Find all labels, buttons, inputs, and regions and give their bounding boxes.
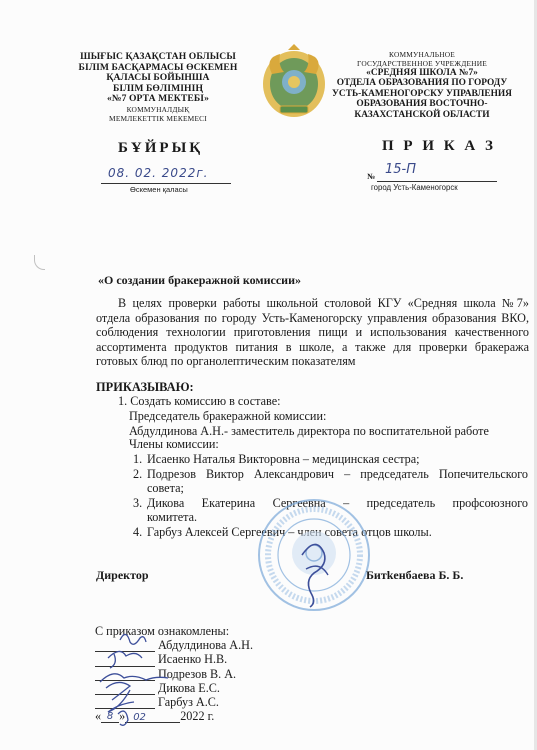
order-subject: «О создании бракеражной комиссии»	[98, 273, 301, 288]
header-ru-line: КАЗАХСТАНСКОЙ ОБЛАСТИ	[322, 110, 522, 120]
number-underline	[377, 181, 497, 182]
header-kz-line: МЕМЛЕКЕТТІК МЕКЕМЕСІ	[68, 114, 248, 123]
chair-label: Председатель бракеражной комиссии:	[129, 409, 326, 424]
director-title: Директор	[96, 568, 149, 583]
order-body: В целях проверки работы школьной столово…	[96, 296, 529, 369]
title-ru: П Р И К А З	[382, 138, 496, 155]
header-ru-line: ГОСУДАРСТВЕННОЕ УЧРЕЖДЕНИЕ	[322, 59, 522, 68]
header-kz-line: КОММУНАЛДЫҚ	[68, 105, 248, 114]
item-1: 1. Создать комиссию в составе:	[118, 394, 281, 409]
member-item: 1. Исаенко Наталья Викторовна – медицинс…	[133, 452, 528, 467]
header-ru-line: УСТЬ-КАМЕНОГОРСКУ УПРАВЛЕНИЯ	[322, 89, 522, 99]
header-ru-line: КОММУНАЛЬНОЕ	[322, 50, 522, 59]
order-date-handwritten: 08. 02. 2022г.	[108, 166, 208, 180]
header-kz: ШЫҒЫС ҚАЗАҚСТАН ОБЛЫСЫ БІЛІМ БАСҚАРМАСЫ …	[68, 52, 248, 123]
title-kz: БҰЙРЫҚ	[118, 140, 203, 157]
handwritten-signatures-icon	[90, 628, 180, 748]
document-page: ШЫҒЫС ҚАЗАҚСТАН ОБЛЫСЫ БІЛІМ БАСҚАРМАСЫ …	[0, 0, 537, 750]
scan-mark	[34, 255, 45, 270]
header-kz-line: «№7 ОРТА МЕКТЕБІ»	[68, 94, 248, 105]
header-kz-line: ШЫҒЫС ҚАЗАҚСТАН ОБЛЫСЫ	[68, 52, 248, 63]
date-underline	[101, 183, 231, 184]
order-number-handwritten: 15-П	[385, 162, 416, 177]
header-ru: КОММУНАЛЬНОЕ ГОСУДАРСТВЕННОЕ УЧРЕЖДЕНИЕ …	[322, 50, 522, 120]
members-label: Члены комиссии:	[129, 437, 219, 452]
member-item: 2. Подрезов Виктор Александрович – предс…	[133, 467, 528, 482]
member-item-cont: совета;	[133, 481, 528, 496]
city-kz: Өскемен қаласы	[130, 185, 188, 194]
command-heading: ПРИКАЗЫВАЮ:	[96, 380, 194, 395]
order-number-label: №	[367, 172, 375, 181]
header-ru-line: «СРЕДНЯЯ ШКОЛА №7»	[322, 68, 522, 78]
body-paragraph: В целях проверки работы школьной столово…	[96, 296, 529, 368]
header-ru-line: ОТДЕЛА ОБРАЗОВАНИЯ ПО ГОРОДУ	[322, 78, 522, 88]
director-name: Битkенбаева Б. Б.	[366, 568, 463, 583]
state-emblem-icon	[258, 44, 330, 128]
header-ru-line: ОБРАЗОВАНИЯ ВОСТОЧНО-	[322, 99, 522, 109]
city-ru: город Усть-Каменогорск	[371, 183, 458, 192]
official-stamp-icon	[254, 495, 374, 615]
